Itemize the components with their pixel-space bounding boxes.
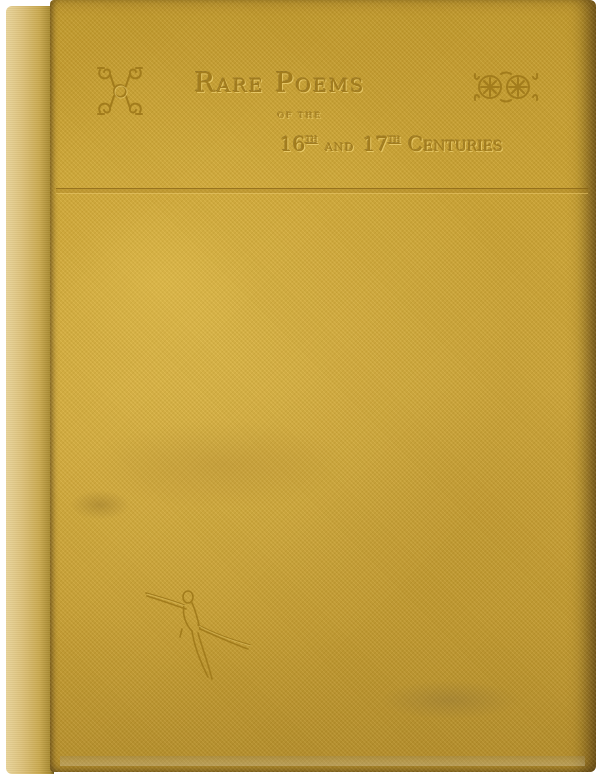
wear-stain	[380, 680, 520, 720]
board-bottom-edge	[60, 756, 585, 766]
wear-stain	[70, 490, 130, 520]
dancing-figure-icon	[140, 585, 260, 690]
century-17-suffix: th	[388, 135, 400, 144]
title-centuries-word: Centuries	[408, 132, 503, 156]
title-centuries: 16th and 17th Centuries	[280, 132, 503, 156]
century-16-suffix: th	[305, 135, 317, 144]
century-17: 17	[363, 132, 388, 156]
rosette-ornament-icon	[472, 70, 540, 104]
book-spine	[6, 6, 54, 774]
book-title: Rare Poems	[130, 68, 430, 99]
embossed-rule	[56, 188, 588, 194]
title-and: and	[325, 141, 354, 154]
title-of-the: of the	[230, 111, 370, 120]
century-16: 16	[280, 132, 305, 156]
wear-stain	[90, 420, 350, 510]
book-photo: Rare Poems of the 16th and 17th Centurie…	[0, 0, 600, 777]
wear-stain	[60, 200, 260, 360]
